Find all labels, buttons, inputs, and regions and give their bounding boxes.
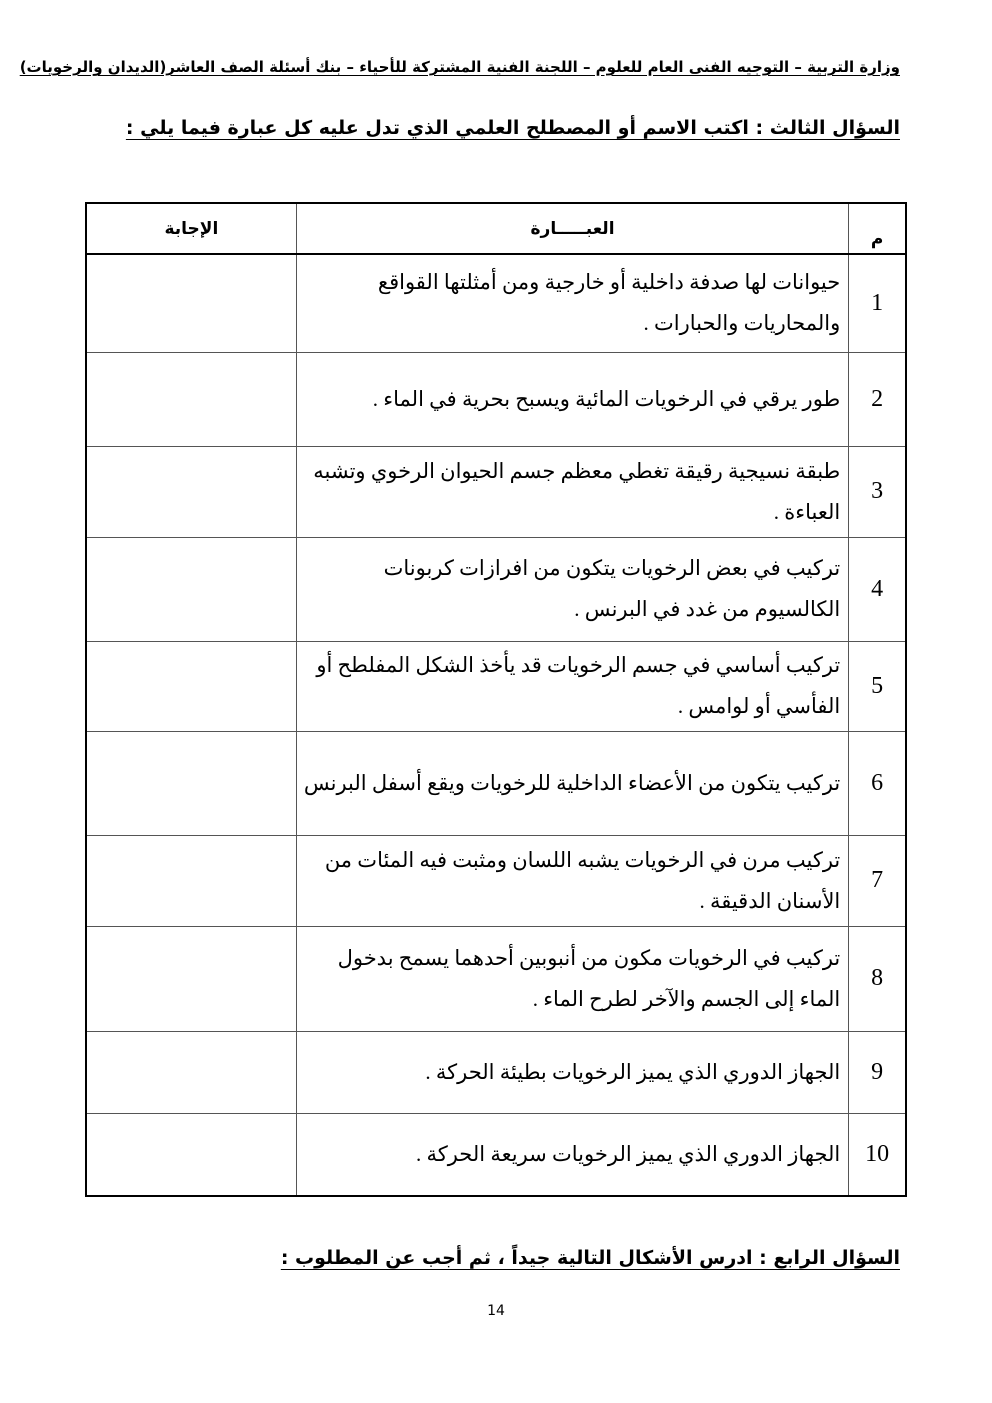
row-number: 10 xyxy=(849,1113,906,1196)
row-number: 6 xyxy=(849,731,906,835)
row-number: 9 xyxy=(849,1031,906,1113)
row-number: 1 xyxy=(849,254,906,352)
answer-cell[interactable] xyxy=(86,254,296,352)
row-number: 4 xyxy=(849,537,906,641)
table-row: 2 طور يرقي في الرخويات المائية ويسبح بحر… xyxy=(86,352,906,446)
row-statement: تركيب في بعض الرخويات يتكون من افرازات ك… xyxy=(296,537,848,641)
header-statement: العبـــــارة xyxy=(296,203,848,254)
row-number: 3 xyxy=(849,446,906,537)
question-3-table: م العبـــــارة الإجابة 1 حيوانات لها صدف… xyxy=(85,202,907,1197)
table-header-row: م العبـــــارة الإجابة xyxy=(86,203,906,254)
row-statement: تركيب يتكون من الأعضاء الداخلية للرخويات… xyxy=(296,731,848,835)
table-row: 1 حيوانات لها صدفة داخلية أو خارجية ومن … xyxy=(86,254,906,352)
question-3-title: السؤال الثالث : اكتب الاسم أو المصطلح ال… xyxy=(100,117,900,139)
table-row: 9 الجهاز الدوري الذي يميز الرخويات بطيئة… xyxy=(86,1031,906,1113)
table-row: 8 تركيب في الرخويات مكون من أنبوبين أحده… xyxy=(86,926,906,1031)
row-number: 7 xyxy=(849,835,906,926)
table-row: 5 تركيب أساسي في جسم الرخويات قد يأخذ ال… xyxy=(86,641,906,731)
page-number: 14 xyxy=(0,1303,992,1319)
answer-cell[interactable] xyxy=(86,537,296,641)
question-4-title: السؤال الرابع : ادرس الأشكال التالية جيد… xyxy=(100,1247,900,1269)
answer-cell[interactable] xyxy=(86,1113,296,1196)
answer-cell[interactable] xyxy=(86,352,296,446)
row-statement: تركيب أساسي في جسم الرخويات قد يأخذ الشك… xyxy=(296,641,848,731)
row-statement: تركيب مرن في الرخويات يشبه اللسان ومثبت … xyxy=(296,835,848,926)
table-row: 3 طبقة نسيجية رقيقة تغطي معظم جسم الحيوا… xyxy=(86,446,906,537)
row-statement: حيوانات لها صدفة داخلية أو خارجية ومن أم… xyxy=(296,254,848,352)
answer-cell[interactable] xyxy=(86,835,296,926)
row-number: 8 xyxy=(849,926,906,1031)
row-number: 5 xyxy=(849,641,906,731)
answer-cell[interactable] xyxy=(86,1031,296,1113)
row-statement: طبقة نسيجية رقيقة تغطي معظم جسم الحيوان … xyxy=(296,446,848,537)
header-answer: الإجابة xyxy=(86,203,296,254)
table-row: 7 تركيب مرن في الرخويات يشبه اللسان ومثب… xyxy=(86,835,906,926)
answer-cell[interactable] xyxy=(86,926,296,1031)
answer-cell[interactable] xyxy=(86,446,296,537)
row-statement: الجهاز الدوري الذي يميز الرخويات سريعة ا… xyxy=(296,1113,848,1196)
table-row: 10 الجهاز الدوري الذي يميز الرخويات سريع… xyxy=(86,1113,906,1196)
table-row: 4 تركيب في بعض الرخويات يتكون من افرازات… xyxy=(86,537,906,641)
answer-cell[interactable] xyxy=(86,731,296,835)
row-number: 2 xyxy=(849,352,906,446)
answer-cell[interactable] xyxy=(86,641,296,731)
row-statement: الجهاز الدوري الذي يميز الرخويات بطيئة ا… xyxy=(296,1031,848,1113)
header-number: م xyxy=(849,203,906,254)
page-header: وزارة التربية – التوجيه الفنى العام للعل… xyxy=(100,58,900,76)
row-statement: طور يرقي في الرخويات المائية ويسبح بحرية… xyxy=(296,352,848,446)
document-page: وزارة التربية – التوجيه الفنى العام للعل… xyxy=(0,0,992,1403)
table-row: 6 تركيب يتكون من الأعضاء الداخلية للرخوي… xyxy=(86,731,906,835)
row-statement: تركيب في الرخويات مكون من أنبوبين أحدهما… xyxy=(296,926,848,1031)
